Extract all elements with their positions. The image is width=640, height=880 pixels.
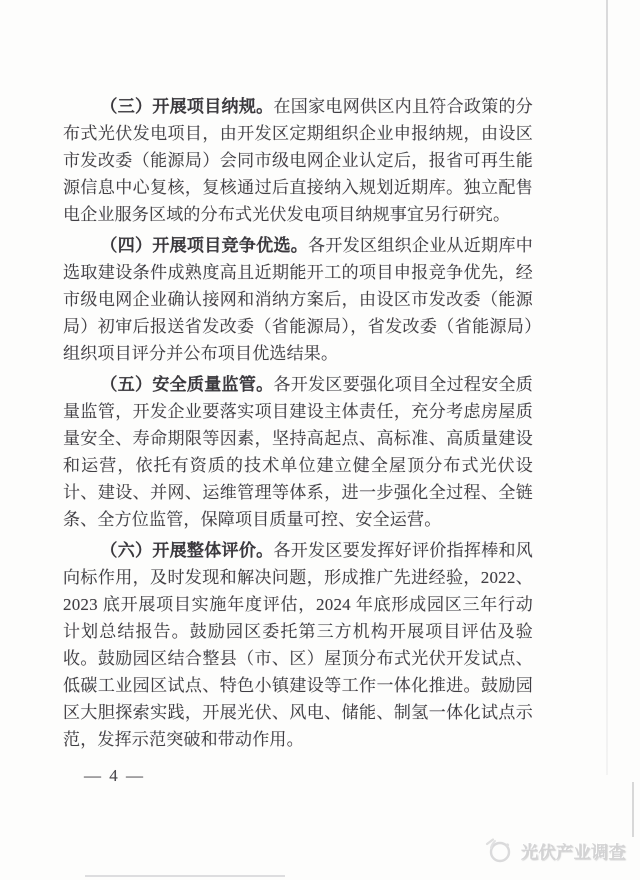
paragraph-5-lead: （五）安全质量监管。 — [100, 375, 273, 394]
paragraph-item-5: （五）安全质量监管。各开发区要强化项目全过程安全质量监管，开发企业要落实项目建设… — [63, 371, 533, 533]
scanned-document-page: （三）开展项目纳规。在国家电网供区内且符合政策的分布式光伏发电项目，由开发区定期… — [0, 0, 640, 880]
paragraph-6-text: 各开发区要发挥好评价指挥棒和风向标作用，及时发现和解决问题，形成推广先进经验，2… — [63, 541, 533, 749]
watermark: 光伏产业调查 — [484, 835, 626, 865]
paragraph-item-4: （四）开展项目竞争优选。各开发区组织企业从近期库中选取建设条件成熟度高且近期能开… — [63, 232, 533, 367]
scan-edge-shadow-right — [606, 0, 608, 775]
sun-badge-icon — [484, 835, 514, 865]
paragraph-4-lead: （四）开展项目竞争优选。 — [100, 236, 308, 255]
paragraph-item-3: （三）开展项目纳规。在国家电网供区内且符合政策的分布式光伏发电项目，由开发区定期… — [63, 93, 533, 228]
paragraph-5-text: 各开发区要强化项目全过程安全质量监管，开发企业要落实项目建设主体责任，充分考虑房… — [63, 375, 533, 529]
paragraph-3-text: 在国家电网供区内且符合政策的分布式光伏发电项目，由开发区定期组织企业申报纳规，由… — [63, 97, 533, 224]
page-number: — 4 — — [84, 766, 145, 786]
paragraph-4-text: 各开发区组织企业从近期库中选取建设条件成熟度高且近期能开工的项目申报竞争优先，经… — [63, 236, 533, 363]
document-body: （三）开展项目纳规。在国家电网供区内且符合政策的分布式光伏发电项目，由开发区定期… — [63, 93, 533, 757]
watermark-label: 光伏产业调查 — [521, 838, 626, 863]
paragraph-6-lead: （六）开展整体评价。 — [100, 541, 273, 560]
scan-shadow-bottom — [85, 875, 285, 877]
scan-curl-shadow-bottom-right — [632, 782, 634, 837]
paragraph-3-lead: （三）开展项目纳规。 — [100, 97, 273, 116]
paragraph-item-6: （六）开展整体评价。各开发区要发挥好评价指挥棒和风向标作用，及时发现和解决问题，… — [63, 537, 533, 753]
